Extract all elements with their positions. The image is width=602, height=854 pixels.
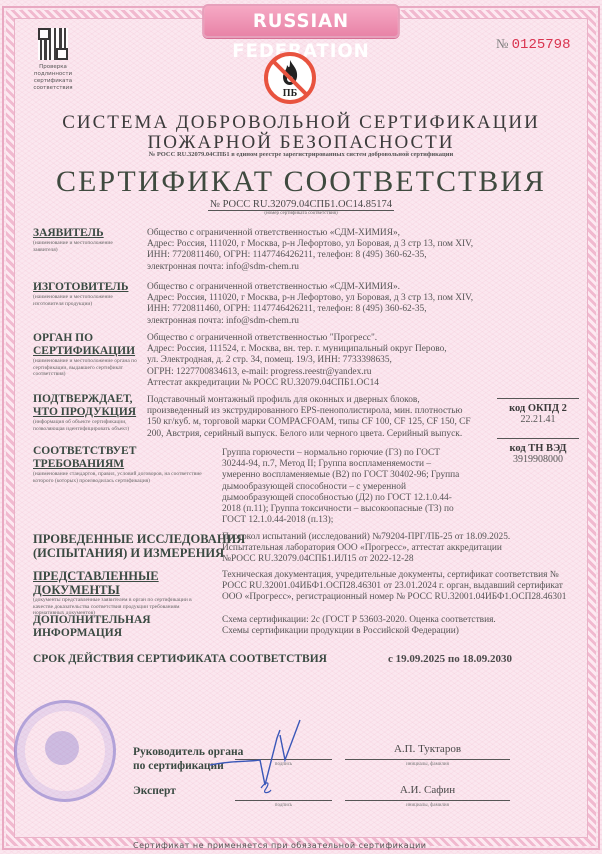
- certificate-title: СЕРТИФИКАТ СООТВЕТСТВИЯ: [0, 165, 602, 199]
- system-registry-note: № РОСС RU.32079.04СПБ1 в едином реестре …: [0, 151, 602, 158]
- okpd-code-box: код ОКПД 2 22.21.41: [497, 398, 579, 425]
- tests-value: Протокол испытаний (исследований) №79204…: [222, 532, 510, 566]
- serial-number: № 0125798: [496, 36, 570, 53]
- serial-prefix: №: [496, 36, 508, 51]
- head-name-caption: инициалы, фамилия: [345, 762, 510, 767]
- serial-value: 0125798: [512, 37, 571, 53]
- documents-value: Техническая документация, учредительные …: [222, 570, 567, 604]
- system-title: СИСТЕМА ДОБРОВОЛЬНОЙ СЕРТИФИКАЦИИ ПОЖАРН…: [0, 113, 602, 153]
- cert-body-value: Общество с ограниченной ответственностью…: [147, 333, 447, 389]
- additional-info-value: Схема сертификации: 2с (ГОСТ Р 53603-202…: [222, 615, 496, 637]
- validity-value: с 19.09.2025 по 18.09.2030: [388, 653, 512, 665]
- head-name-line: [345, 759, 510, 760]
- applicant-label: ЗАЯВИТЕЛЬ (наименование и местоположение…: [33, 227, 138, 253]
- expert-name-line: [345, 800, 510, 801]
- documents-label: ПРЕДСТАВЛЕННЫЕ ДОКУМЕНТЫ (документы пред…: [33, 569, 208, 617]
- validity-label: СРОК ДЕЙСТВИЯ СЕРТИФИКАТА СООТВЕТСТВИЯ: [33, 653, 327, 665]
- product-label: ПОДТВЕРЖДАЕТ, ЧТО ПРОДУКЦИЯ (информация …: [33, 393, 138, 432]
- expert-name: А.И. Сафин: [345, 784, 510, 796]
- product-value: Подставочный монтажный профиль для оконн…: [147, 395, 487, 440]
- certificate-page: RUSSIAN FEDERATION Проверка подлинности …: [0, 0, 602, 854]
- certificate-number-caption: (номер сертификата соответствия): [0, 211, 602, 216]
- badge-text: ПБ: [283, 88, 298, 99]
- footer-note: Сертификат не применяется при обязательн…: [133, 841, 426, 850]
- cert-body-label: ОРГАН ПО СЕРТИФИКАЦИИ (наименование и ме…: [33, 332, 138, 378]
- tests-label: ПРОВЕДЕННЫЕ ИССЛЕДОВАНИЯ (ИСПЫТАНИЯ) И И…: [33, 532, 245, 560]
- signature-scribble-icon: [205, 710, 325, 800]
- requirements-value: Группа горючести – нормально горючие (Г3…: [222, 448, 459, 526]
- manufacturer-label: ИЗГОТОВИТЕЛЬ (наименование и местоположе…: [33, 281, 138, 307]
- tnved-code-box: код ТН ВЭД 3919908000: [497, 438, 579, 465]
- country-banner: RUSSIAN FEDERATION: [202, 4, 400, 38]
- additional-info-label: ДОПОЛНИТЕЛЬНАЯ ИНФОРМАЦИЯ: [33, 614, 151, 640]
- expert-signature-caption: подпись: [235, 803, 332, 808]
- certificate-number: № РОСС RU.32079.04СПБ1.ОС14.85174: [0, 199, 602, 210]
- manufacturer-value: Общество с ограниченной ответственностью…: [147, 282, 473, 327]
- official-seal: [14, 700, 116, 802]
- requirements-label: СООТВЕТСТВУЕТ ТРЕБОВАНИЯМ (наименование …: [33, 445, 223, 484]
- expert-name-caption: инициалы, фамилия: [345, 803, 510, 808]
- qr-caption: Проверка подлинности сертификата соответ…: [28, 64, 78, 92]
- applicant-value: Общество с ограниченной ответственностью…: [147, 228, 473, 273]
- expert-signature-line: [235, 800, 332, 801]
- no-fire-pb-icon: ПБ: [262, 50, 318, 106]
- qr-code-icon[interactable]: [38, 28, 68, 60]
- head-name: А.П. Туктаров: [345, 743, 510, 755]
- expert-label: Эксперт: [133, 784, 176, 798]
